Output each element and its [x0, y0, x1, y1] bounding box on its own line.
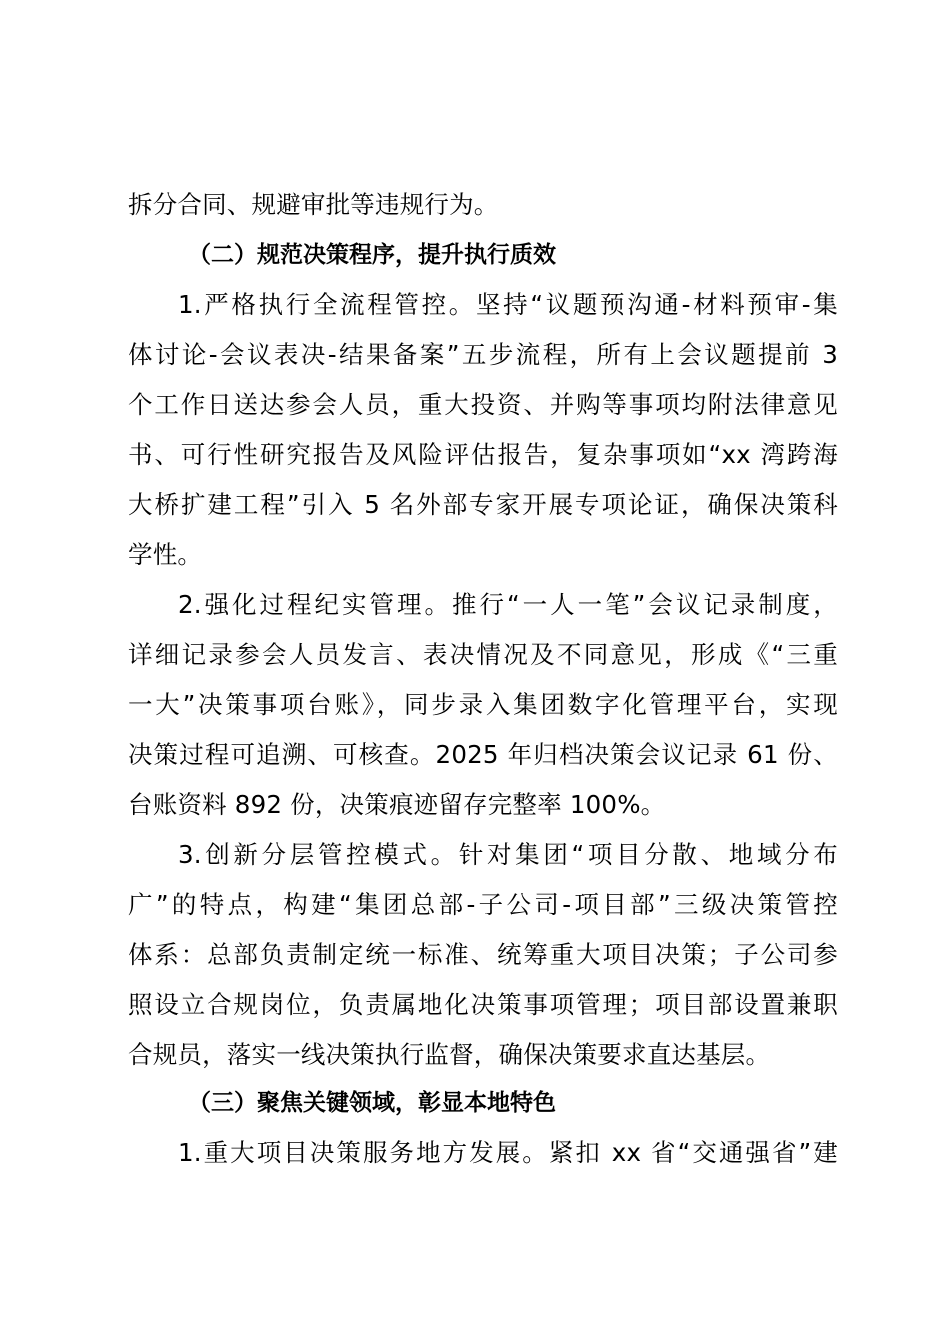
- paragraph-3-line-1: 3.创新分层管控模式。针对集团“项目分散、地域分布: [178, 830, 838, 880]
- paragraph-1-line-3: 个工作日送达参会人员，重大投资、并购等事项均附法律意见: [128, 380, 838, 430]
- paragraph-2-line-2: 详细记录参会人员发言、表决情况及不同意见，形成《“三重: [128, 630, 838, 680]
- section-heading-2: （二）规范决策程序，提升执行质效: [188, 230, 898, 280]
- paragraph-1-line-1: 1.严格执行全流程管控。坚持“议题预沟通-材料预审-集: [178, 280, 838, 330]
- paragraph-3-line-4: 照设立合规岗位，负责属地化决策事项管理；项目部设置兼职: [128, 980, 838, 1030]
- paragraph-1-line-5: 大桥扩建工程”引入 5 名外部专家开展专项论证，确保决策科: [128, 480, 838, 530]
- paragraph-continuation-line: 拆分合同、规避审批等违规行为。: [128, 180, 838, 230]
- paragraph-1-line-4: 书、可行性研究报告及风险评估报告，复杂事项如“xx 湾跨海: [128, 430, 838, 480]
- paragraph-3-line-5: 合规员，落实一线决策执行监督，确保决策要求直达基层。: [128, 1030, 838, 1080]
- paragraph-3-line-2: 广”的特点，构建“集团总部-子公司-项目部”三级决策管控: [128, 880, 838, 930]
- section-heading-3: （三）聚焦关键领域，彰显本地特色: [188, 1078, 898, 1128]
- paragraph-3-line-3: 体系：总部负责制定统一标准、统筹重大项目决策；子公司参: [128, 930, 838, 980]
- paragraph-1-line-6: 学性。: [128, 530, 838, 580]
- paragraph-2-line-4: 决策过程可追溯、可核查。2025 年归档决策会议记录 61 份、: [128, 730, 838, 780]
- paragraph-4-line-1: 1.重大项目决策服务地方发展。紧扣 xx 省“交通强省”建: [178, 1128, 838, 1178]
- paragraph-2-line-5: 台账资料 892 份，决策痕迹留存完整率 100%。: [128, 780, 838, 830]
- paragraph-2-line-1: 2.强化过程纪实管理。推行“一人一笔”会议记录制度，: [178, 580, 838, 630]
- paragraph-2-line-3: 一大”决策事项台账》，同步录入集团数字化管理平台，实现: [128, 680, 838, 730]
- document-page: 拆分合同、规避审批等违规行为。 （二）规范决策程序，提升执行质效 1.严格执行全…: [0, 0, 950, 1344]
- paragraph-1-line-2: 体讨论-会议表决-结果备案”五步流程，所有上会议题提前 3: [128, 330, 838, 380]
